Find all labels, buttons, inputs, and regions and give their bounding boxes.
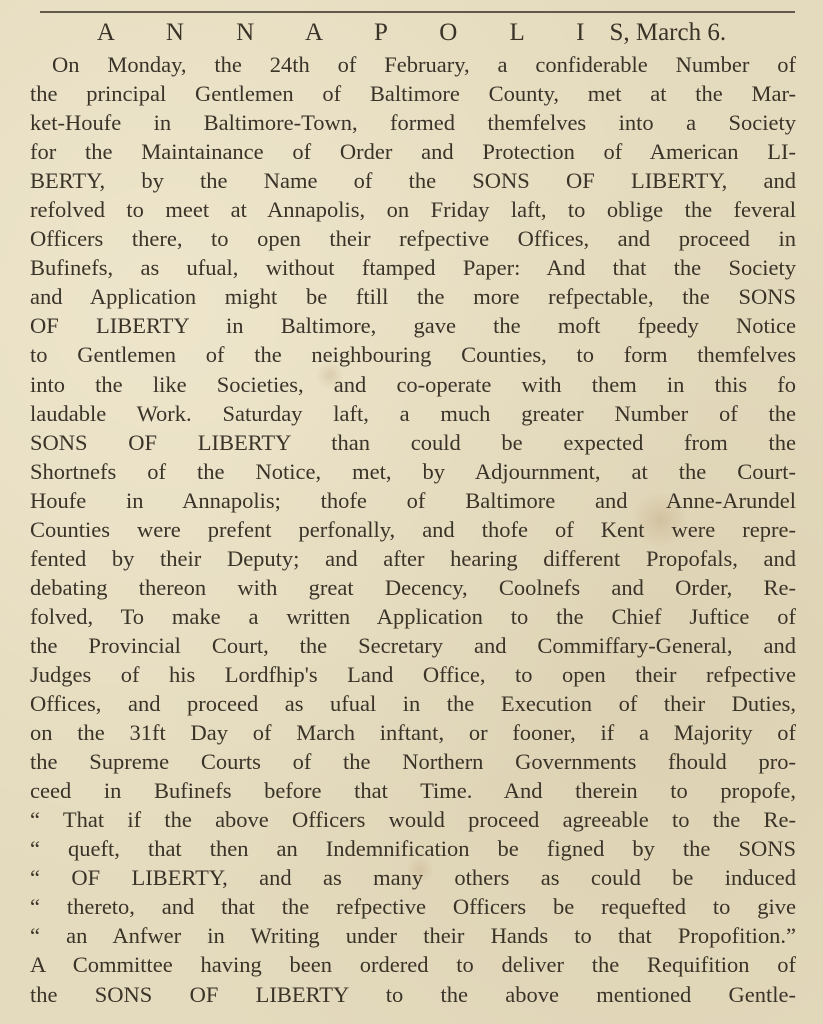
article-line: on the 31ft Day of March inftant, or foo…	[30, 718, 796, 747]
article-line: and Application might be ftill the more …	[30, 282, 796, 311]
article-line: “ OF LIBERTY, and as many others as coul…	[30, 863, 796, 892]
article-line: “ queft, that then an Indemnification be…	[30, 834, 796, 863]
article-line: the principal Gentlemen of Baltimore Cou…	[30, 79, 796, 108]
article-line: debating thereon with great Decency, Coo…	[30, 573, 796, 602]
article-line: Counties were prefent perfonally, and th…	[30, 515, 796, 544]
article-line: for the Maintainance of Order and Protec…	[30, 137, 796, 166]
article-line: BERTY, by the Name of the SONS OF LIBERT…	[30, 166, 796, 195]
article-line: “ thereto, and that the refpective Offic…	[30, 892, 796, 921]
article-line: laudable Work. Saturday laft, a much gre…	[30, 399, 796, 428]
article-line: fented by their Deputy; and after hearin…	[30, 544, 796, 573]
article-line: Judges of his Lordfhip's Land Office, to…	[30, 660, 796, 689]
article-line: A Committee having been ordered to deliv…	[30, 950, 796, 979]
article-body: On Monday, the 24th of February, a confi…	[30, 50, 796, 1009]
article-line: Offices, and proceed as ufual in the Exe…	[30, 689, 796, 718]
article-line: “ That if the above Officers would proce…	[30, 805, 796, 834]
dateline-place-end: S,	[609, 19, 629, 46]
column-rule	[40, 11, 795, 13]
article-line: Bufinefs, as ufual, without ftamped Pape…	[30, 253, 796, 282]
dateline-date: March 6.	[636, 19, 726, 46]
article-line: Houfe in Annapolis; thofe of Baltimore a…	[30, 486, 796, 515]
article-line: the Supreme Courts of the Northern Gover…	[30, 747, 796, 776]
dateline: A N N A P O L IS, March 6.	[0, 14, 823, 52]
article-line: ket-Houfe in Baltimore-Town, formed them…	[30, 108, 796, 137]
article-line: the SONS OF LIBERTY to the above mention…	[30, 980, 796, 1009]
article-line: OF LIBERTY in Baltimore, gave the moft f…	[30, 311, 796, 340]
article-line: ceed in Bufinefs before that Time. And t…	[30, 776, 796, 805]
dateline-place: A N N A P O L I	[97, 19, 608, 46]
article-line: Officers there, to open their refpective…	[30, 224, 796, 253]
article-line: SONS OF LIBERTY than could be expected f…	[30, 428, 796, 457]
newspaper-page: A N N A P O L IS, March 6. On Monday, th…	[0, 0, 823, 1024]
article-line: Shortnefs of the Notice, met, by Adjourn…	[30, 457, 796, 486]
article-line: folved, To make a written Application to…	[30, 602, 796, 631]
article-line: On Monday, the 24th of February, a confi…	[30, 50, 796, 79]
article-line: “ an Anfwer in Writing under their Hands…	[30, 921, 796, 950]
article-line: to Gentlemen of the neighbouring Countie…	[30, 340, 796, 369]
article-line: the Provincial Court, the Secretary and …	[30, 631, 796, 660]
article-line: into the like Societies, and co-operate …	[30, 370, 796, 399]
article-line: refolved to meet at Annapolis, on Friday…	[30, 195, 796, 224]
